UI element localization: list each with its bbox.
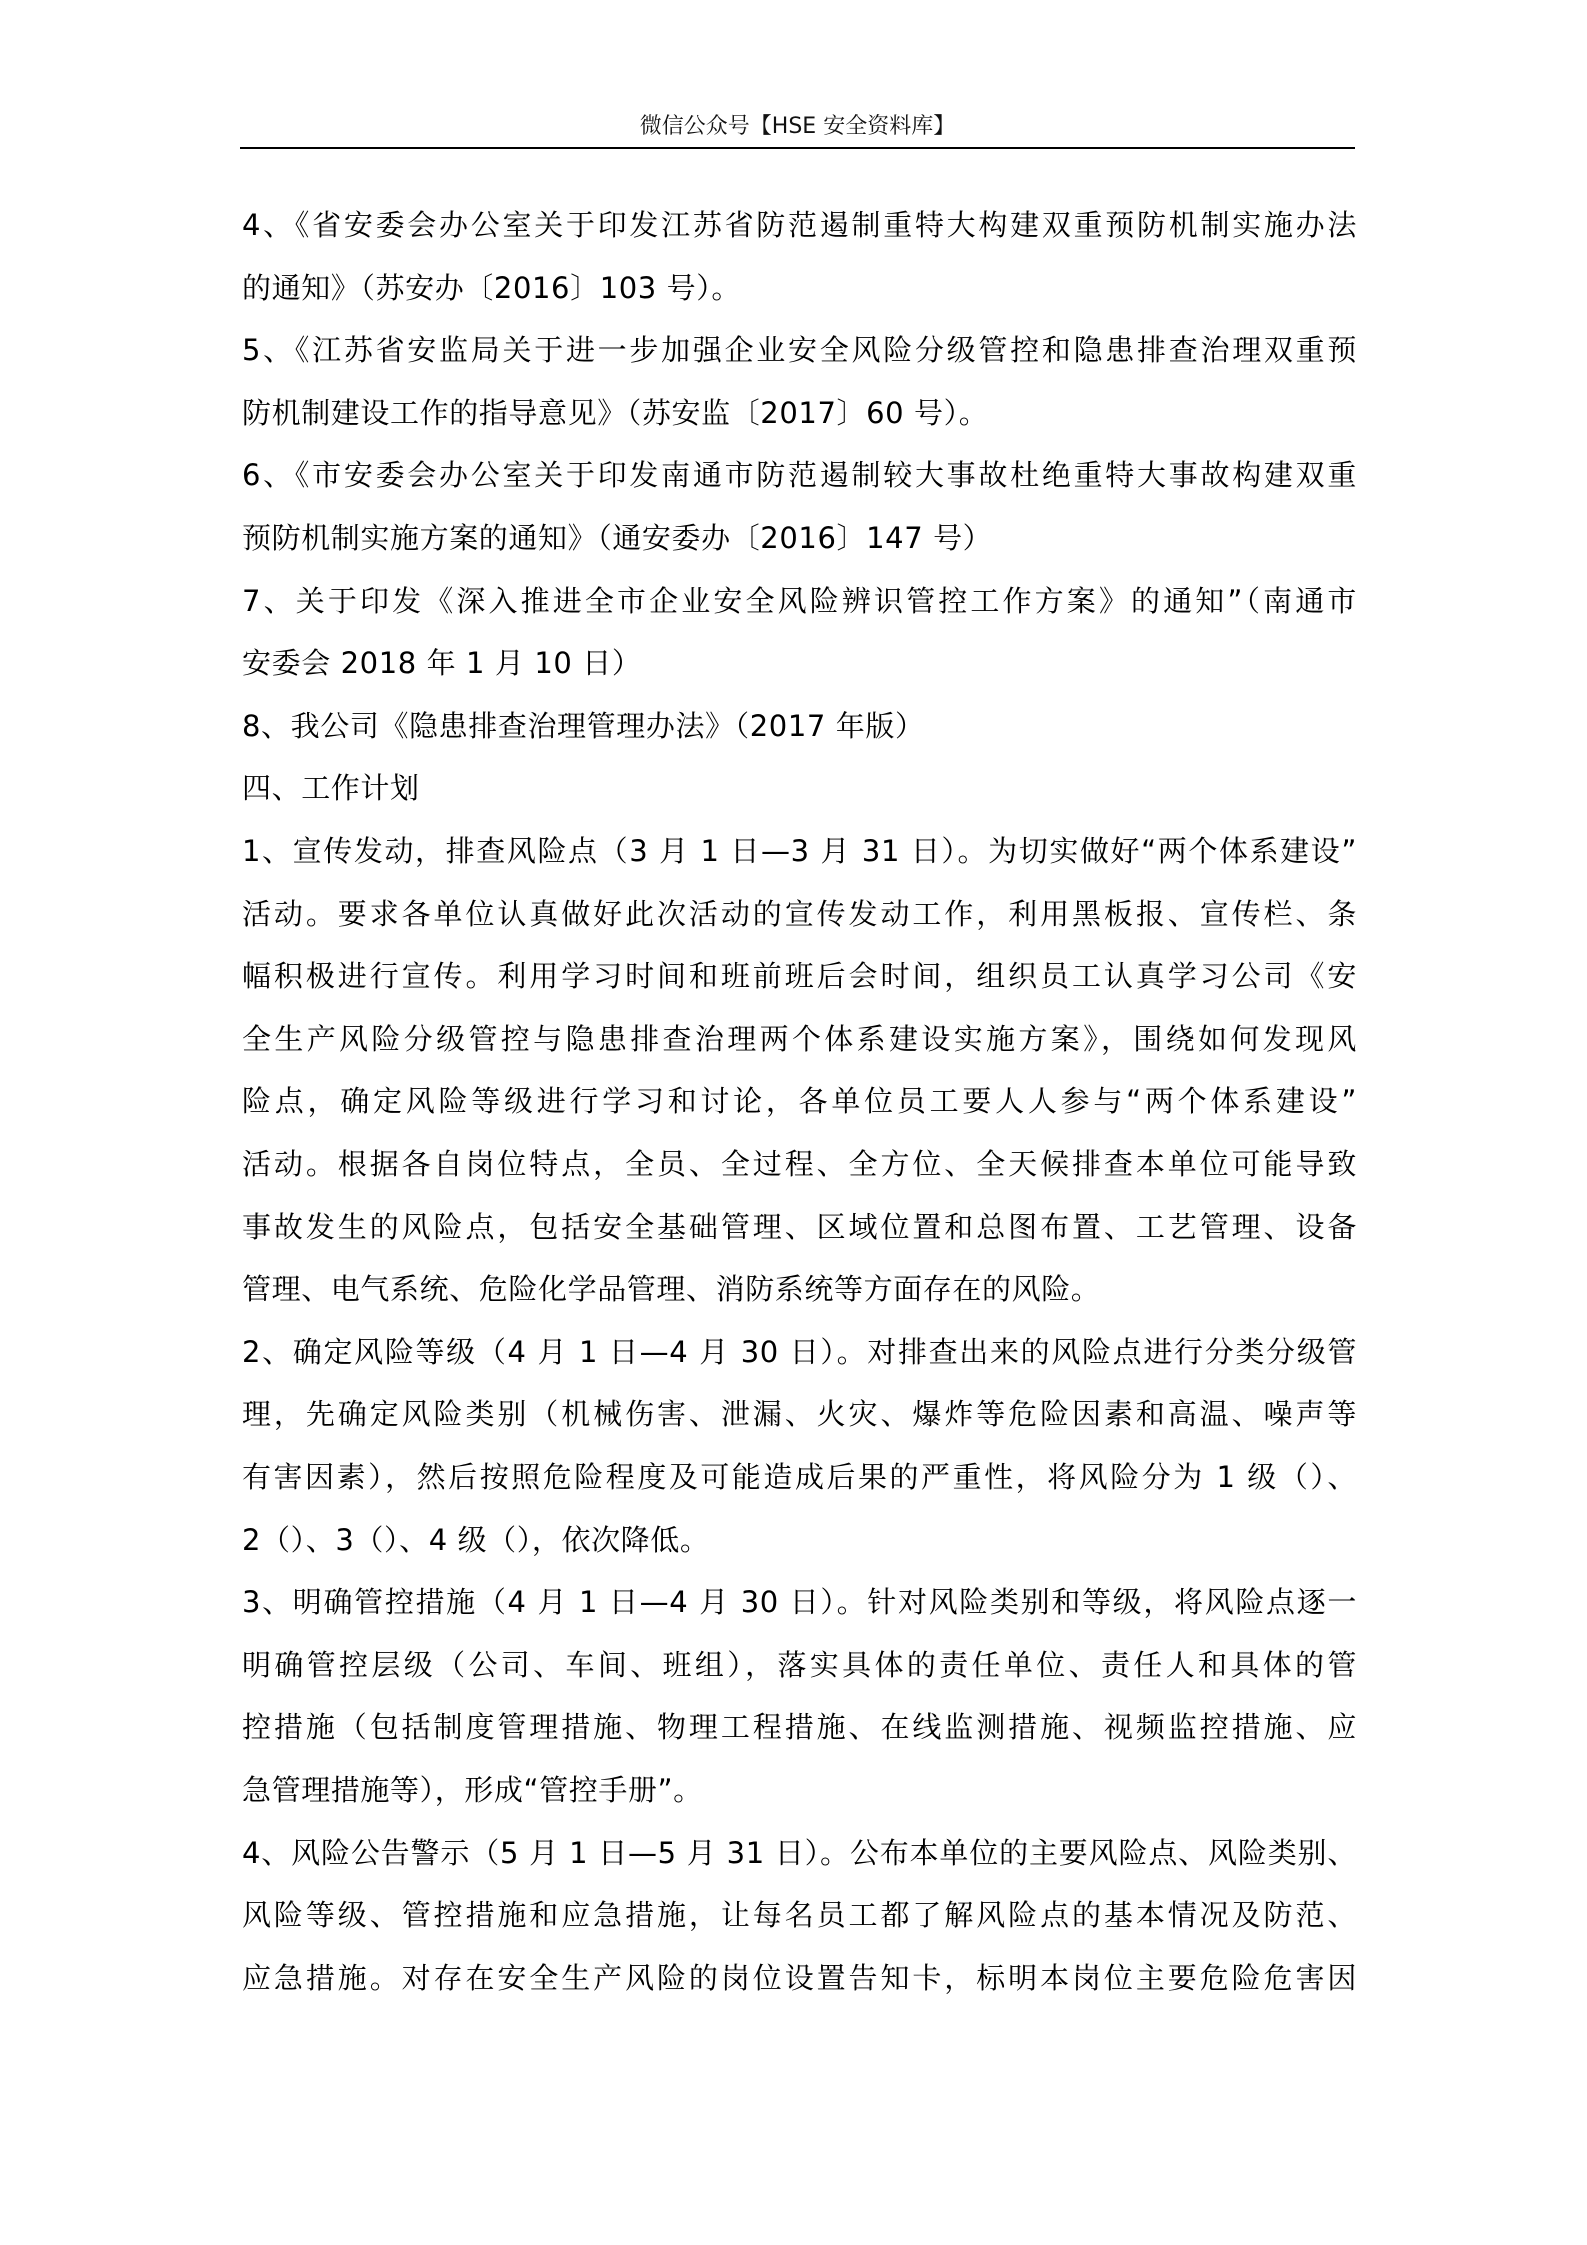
text-line: 险点，确定风险等级进行学习和讨论，各单位员工要人人参与“两个体系建设” xyxy=(242,1081,1357,1121)
text-line: 3、明确管控措施（4 月 1 日—4 月 30 日）。针对风险类别和等级，将风险… xyxy=(242,1582,1357,1622)
section-heading: 四、工作计划 xyxy=(242,768,420,808)
text-line: 管理、电气系统、危险化学品管理、消防系统等方面存在的风险。 xyxy=(242,1269,1100,1309)
text-line: 控措施（包括制度管理措施、物理工程措施、在线监测措施、视频监控措施、应 xyxy=(242,1707,1357,1747)
text-line: 理，先确定风险类别（机械伤害、泄漏、火灾、爆炸等危险因素和高温、噪声等 xyxy=(242,1394,1357,1434)
text-line: 7、关于印发《深入推进全市企业安全风险辨识管控工作方案》的通知”（南通市 xyxy=(242,581,1357,621)
text-line: 的通知》（苏安办〔2016〕103 号）。 xyxy=(242,268,741,308)
text-line: 4、《省安委会办公室关于印发江苏省防范遏制重特大构建双重预防机制实施办法 xyxy=(242,205,1357,245)
text-line: 6、《市安委会办公室关于印发南通市防范遏制较大事故杜绝重特大事故构建双重 xyxy=(242,455,1357,495)
header-divider xyxy=(240,147,1355,149)
text-line: 风险等级、管控措施和应急措施，让每名员工都了解风险点的基本情况及防范、 xyxy=(242,1895,1357,1935)
text-line: 全生产风险分级管控与隐患排查治理两个体系建设实施方案》，围绕如何发现风 xyxy=(242,1019,1357,1059)
text-line: 活动。根据各自岗位特点，全员、全过程、全方位、全天候排查本单位可能导致 xyxy=(242,1144,1357,1184)
text-line: 2、确定风险等级（4 月 1 日—4 月 30 日）。对排查出来的风险点进行分类… xyxy=(242,1332,1357,1372)
text-line: 预防机制实施方案的通知》（通安委办〔2016〕147 号） xyxy=(242,518,992,558)
text-line: 防机制建设工作的指导意见》（苏安监〔2017〕60 号）。 xyxy=(242,393,988,433)
text-line: 活动。要求各单位认真做好此次活动的宣传发动工作，利用黑板报、宣传栏、条 xyxy=(242,894,1357,934)
page-header: 微信公众号【HSE 安全资料库】 xyxy=(240,110,1355,144)
text-line: 2（）、3（）、4 级（），依次降低。 xyxy=(242,1520,709,1560)
text-line: 事故发生的风险点，包括安全基础管理、区域位置和总图布置、工艺管理、设备 xyxy=(242,1207,1357,1247)
text-line: 安委会 2018 年 1 月 10 日） xyxy=(242,643,641,683)
text-line: 有害因素），然后按照危险程度及可能造成后果的严重性，将风险分为 1 级（）、 xyxy=(242,1457,1357,1497)
text-line: 8、我公司《隐患排查治理管理办法》（2017 年版） xyxy=(242,706,925,746)
text-line: 5、《江苏省安监局关于进一步加强企业安全风险分级管控和隐患排查治理双重预 xyxy=(242,330,1357,370)
text-line: 1、宣传发动，排查风险点（3 月 1 日—3 月 31 日）。为切实做好“两个体… xyxy=(242,831,1357,871)
text-line: 应急措施。对存在安全生产风险的岗位设置告知卡，标明本岗位主要危险危害因 xyxy=(242,1958,1357,1998)
text-line: 4、风险公告警示（5 月 1 日—5 月 31 日）。公布本单位的主要风险点、风… xyxy=(242,1833,1357,1873)
text-line: 明确管控层级（公司、车间、班组），落实具体的责任单位、责任人和具体的管 xyxy=(242,1645,1357,1685)
text-line: 幅积极进行宣传。利用学习时间和班前班后会时间，组织员工认真学习公司《安 xyxy=(242,956,1357,996)
text-line: 急管理措施等），形成“管控手册”。 xyxy=(242,1770,703,1810)
